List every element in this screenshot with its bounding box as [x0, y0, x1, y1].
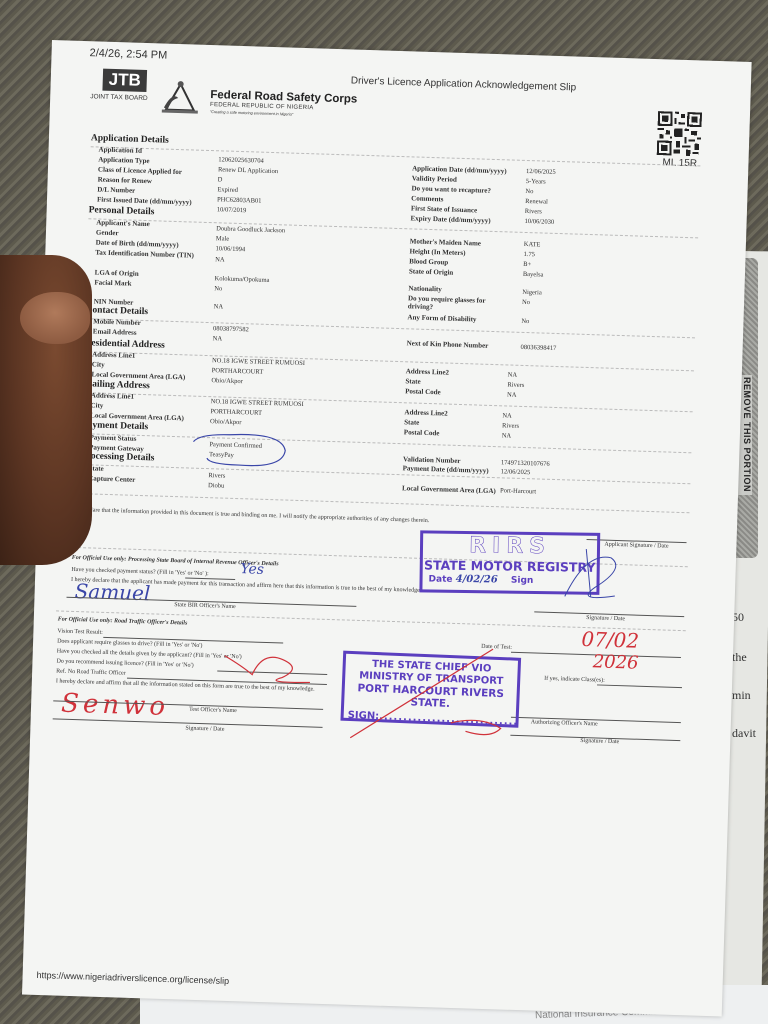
- thumb: [20, 292, 90, 344]
- field-value: Obio/Akpor: [211, 377, 243, 385]
- field-label: Validity Period: [412, 174, 457, 183]
- field-label: Tax Identification Number (TIN): [95, 248, 205, 259]
- section-title-personal: Personal Details: [89, 205, 155, 217]
- field-label: Next of Kin Phone Number: [407, 339, 489, 350]
- section-title-contact: Contact Details: [85, 305, 148, 317]
- field-value: D: [218, 176, 223, 183]
- field-label: Postal Code: [405, 387, 441, 396]
- field-label: Capture Center: [88, 474, 135, 483]
- field-value: 10/06/1994: [215, 245, 245, 253]
- form-code: ML 15R: [662, 157, 697, 169]
- signature-scribble: [554, 546, 626, 608]
- birs-payment-question: Have you checked payment status? (Fill i…: [71, 567, 208, 577]
- ref-number-label: Ref. No Road Traffic Officer: [56, 668, 126, 676]
- field-value: Rivers: [208, 472, 225, 480]
- field-value: NO.18 IGWE STREET RUMUOSI: [212, 357, 305, 367]
- birs-signature-label: Signature / Date: [586, 615, 625, 622]
- field-label: Date of Birth (dd/mm/yyyy): [96, 238, 179, 249]
- field-value: Diobu: [208, 482, 224, 490]
- background-text: the: [732, 650, 747, 665]
- field-label: First Issued Date (dd/mm/yyyy): [97, 195, 192, 206]
- recommend-question: Do you recommend issuing licence? (Fill …: [56, 658, 193, 668]
- field-label: Facial Mark: [94, 278, 131, 287]
- rirs-stamp-sign-label: Sign: [511, 576, 534, 586]
- field-label: Do you want to recapture?: [411, 184, 491, 194]
- rto-section-title: For Official Use only: Road Traffic Offi…: [58, 616, 188, 626]
- vision-test-label: Vision Test Result:: [57, 628, 103, 635]
- field-label: Postal Code: [404, 428, 440, 437]
- field-value: NA: [502, 412, 512, 419]
- field-value: 10/07/2019: [217, 206, 247, 214]
- field-value: Rivers: [502, 422, 519, 430]
- handwritten-officer-name: Samuel: [74, 579, 150, 605]
- field-value: No: [525, 188, 533, 195]
- field-value: 10/06/2030: [524, 218, 554, 226]
- field-label: Mother's Maiden Name: [410, 237, 481, 247]
- field-label: Any Form of Disability: [407, 313, 476, 323]
- field-label: Payment Date (dd/mm/yyyy): [403, 464, 489, 475]
- mobile-number-value: 08038797582: [213, 325, 249, 333]
- field-value: 5-Years: [526, 178, 546, 186]
- field-label: City: [90, 401, 103, 409]
- handwritten-test-officer: Senwo: [61, 689, 170, 722]
- background-text: davit: [732, 726, 756, 741]
- field-label: Local Government Area (LGA): [402, 484, 496, 495]
- field-value: Rivers: [525, 208, 542, 216]
- field-label: Comments: [411, 194, 444, 203]
- field-label: State: [405, 377, 420, 385]
- field-value: No: [521, 318, 529, 325]
- field-label: State: [404, 418, 419, 426]
- section-title-residential: Residential Address: [84, 338, 165, 351]
- applicant-name-value: Doubra Goodluck Jackson: [216, 225, 285, 234]
- acknowledgement-slip: 2/4/26, 2:54 PM Driver's Licence Applica…: [22, 40, 752, 1017]
- jtb-logo: JTB: [102, 69, 147, 92]
- field-value: NA: [502, 432, 512, 439]
- field-value: B+: [523, 261, 531, 268]
- handwritten-test-date: 07/02: [581, 627, 639, 653]
- field-label: Expiry Date (dd/mm/yyyy): [410, 214, 490, 225]
- field-label: Mobile Number: [93, 317, 141, 326]
- field-label: State of Origin: [409, 267, 454, 276]
- red-signature-stroke: [340, 639, 533, 745]
- field-value: PHC62803AB01: [217, 196, 262, 204]
- frsc-motto: "Creating a safe motoring environment in…: [210, 110, 293, 117]
- field-value: 12/06/2025: [526, 168, 556, 176]
- frsc-emblem-icon: [160, 77, 201, 114]
- field-value: NA: [213, 335, 223, 342]
- field-label: LGA of Origin: [95, 268, 139, 277]
- field-label: Applicant's Name: [96, 218, 150, 228]
- field-value: No: [522, 299, 530, 306]
- rirs-stamp-date: 4/02/26: [456, 574, 498, 586]
- field-label: Application Type: [98, 156, 150, 166]
- field-label: Payment Status: [89, 433, 136, 442]
- field-value: PORTHARCOURT: [212, 367, 264, 376]
- validation-number-value: 174971320107676: [501, 459, 550, 468]
- field-value: Expired: [217, 186, 238, 194]
- field-label: Height (In Meters): [409, 247, 465, 257]
- field-label: City: [92, 360, 105, 368]
- field-label: Nationality: [408, 284, 442, 293]
- field-label: Address Line1: [91, 391, 134, 400]
- qr-code-icon: [657, 111, 702, 156]
- test-officer-signature-label: Signature / Date: [185, 726, 224, 733]
- field-value: Bayelsa: [523, 271, 544, 279]
- print-timestamp: 2/4/26, 2:54 PM: [89, 47, 167, 61]
- authorizing-signature-label: Signature / Date: [580, 738, 619, 745]
- red-scribble: [222, 646, 313, 689]
- test-officer-name-label: Test Officer's Name: [189, 707, 237, 715]
- field-value: Obio/Akpor: [210, 418, 242, 426]
- field-value: PORTHARCOURT: [210, 408, 262, 417]
- field-value: NA: [215, 256, 225, 263]
- next-of-kin-value: 08036398417: [520, 344, 556, 352]
- field-value: Kolokuma/Opokuma: [214, 275, 269, 284]
- birs-officer-name-label: State BIR Officer's Name: [174, 602, 236, 610]
- field-label: Application Date (dd/mm/yyyy): [412, 164, 507, 175]
- authorizing-officer-label: Authorizing Officer's Name: [531, 719, 598, 727]
- field-value: NA: [508, 371, 518, 378]
- rirs-stamp-date-label: Date: [428, 575, 452, 585]
- field-value: KATE: [524, 241, 541, 249]
- section-title-mailing: Mailing Address: [83, 379, 150, 391]
- field-value: Renew DL Application: [218, 166, 278, 175]
- field-label: First State of Issuance: [411, 204, 478, 214]
- field-label: Class of Licence Applied for: [98, 166, 182, 177]
- field-value: Renewal: [525, 198, 548, 206]
- field-label: Gender: [96, 228, 119, 237]
- field-value: Rivers: [507, 381, 524, 389]
- field-label: Application Id: [98, 146, 142, 155]
- field-label: Blood Group: [409, 257, 448, 266]
- field-value: Port-Harcourt: [500, 487, 536, 495]
- field-label: Email Address: [93, 327, 137, 336]
- field-value: No: [214, 285, 222, 292]
- field-label: Do you require glasses for driving?: [408, 294, 498, 313]
- footer-url[interactable]: https://www.nigeriadriverslicence.org/li…: [36, 970, 229, 986]
- slip-title: Driver's Licence Application Acknowledge…: [351, 75, 577, 93]
- field-label: Address Line2: [404, 408, 447, 417]
- field-label: Reason for Renew: [98, 176, 153, 186]
- handwritten-test-year: 2026: [592, 651, 638, 673]
- field-value: Male: [216, 235, 230, 242]
- field-label: Address Line2: [406, 367, 449, 376]
- field-value: NA: [214, 303, 224, 310]
- pen-circle-mark: [189, 428, 290, 471]
- section-title-application: Application Details: [91, 133, 169, 145]
- field-value: 1.75: [523, 251, 535, 258]
- handwritten-yes: Yes: [240, 561, 264, 578]
- background-text: min: [732, 688, 751, 703]
- field-value: 12/06/2025: [501, 468, 531, 476]
- application-id-value: 12062025630704: [218, 156, 264, 164]
- declaration-text: I declare that the information provided …: [79, 507, 429, 524]
- field-value: Nigeria: [522, 289, 542, 297]
- field-label: D/L Number: [97, 185, 135, 194]
- class-question: If yes, indicate Class(es):: [544, 676, 605, 684]
- field-value: NA: [507, 391, 517, 398]
- field-label: Address Line1: [92, 350, 135, 359]
- jtb-label: JOINT TAX BOARD: [90, 93, 148, 102]
